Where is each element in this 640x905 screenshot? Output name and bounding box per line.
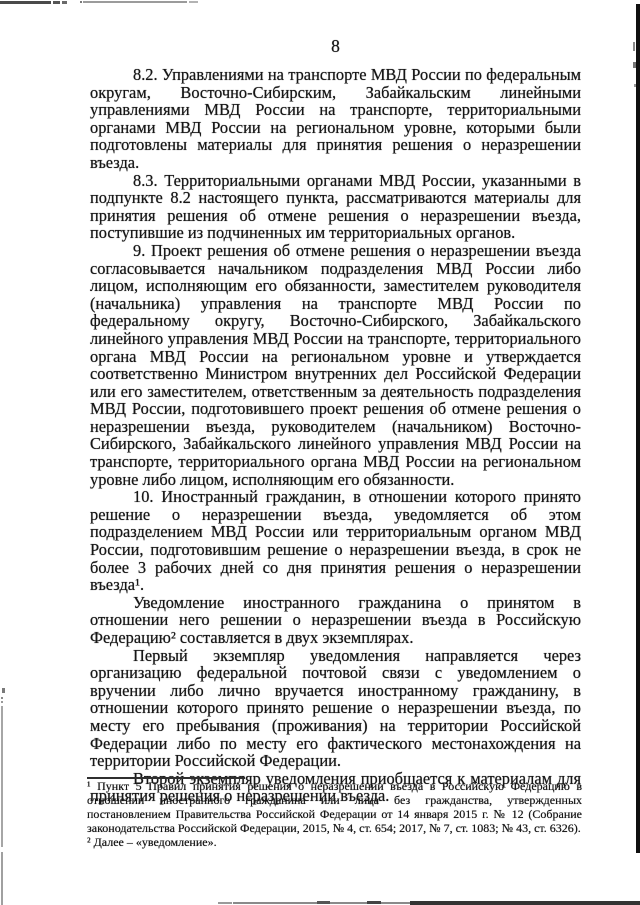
scan-artifact-bottom-marks [218, 902, 232, 904]
scan-artifact-left-line [1, 706, 3, 847]
paragraph-first-copy: Первый экземпляр уведомления направляетс… [90, 647, 581, 770]
footnote-2: ² Далее – «уведомление». [87, 835, 582, 849]
scan-artifact-top-line-thin [83, 1, 187, 3]
scan-artifact-top-mark [62, 1, 67, 4]
footnotes: ¹ Пункт 5 Правил принятия решения о нера… [87, 779, 582, 849]
scan-artifact-right-bar [636, 4, 640, 853]
scan-artifact-bottom-chip [317, 901, 330, 904]
scan-artifact-speck [633, 42, 635, 51]
paragraph-notification: Уведомление иностранного гражданина о пр… [90, 594, 581, 647]
document-page: 8 8.2. Управлениями на транспорте МВД Ро… [0, 0, 640, 905]
paragraph-10: 10. Иностранный гражданин, в отношении к… [90, 488, 581, 594]
document-body: 8.2. Управлениями на транспорте МВД Росс… [90, 66, 581, 805]
scan-artifact-top-mark [53, 1, 60, 4]
scan-artifact-speck [634, 84, 636, 87]
scan-artifact-top-line-light [189, 1, 198, 3]
footnote-1: ¹ Пункт 5 Правил принятия решения о нера… [87, 779, 582, 835]
scan-artifact-bottom-line-dark [410, 901, 640, 905]
scan-artifact-left-line [1, 852, 3, 905]
page-number: 8 [90, 36, 581, 56]
paragraph-8-2: 8.2. Управлениями на транспорте МВД Росс… [90, 66, 581, 172]
scan-artifact-speck [1, 697, 3, 699]
scan-artifact-speck [633, 62, 636, 68]
scan-artifact-speck [2, 688, 5, 693]
scan-artifact-top-dot [80, 1, 82, 3]
paragraph-8-3: 8.3. Территориальными органами МВД Росси… [90, 172, 581, 242]
scan-artifact-speck [1, 701, 3, 703]
paragraph-9: 9. Проект решения об отмене решения о не… [90, 242, 581, 488]
scan-artifact-bottom-chip [367, 901, 381, 904]
scan-artifact-top-line-dark [0, 1, 51, 4]
